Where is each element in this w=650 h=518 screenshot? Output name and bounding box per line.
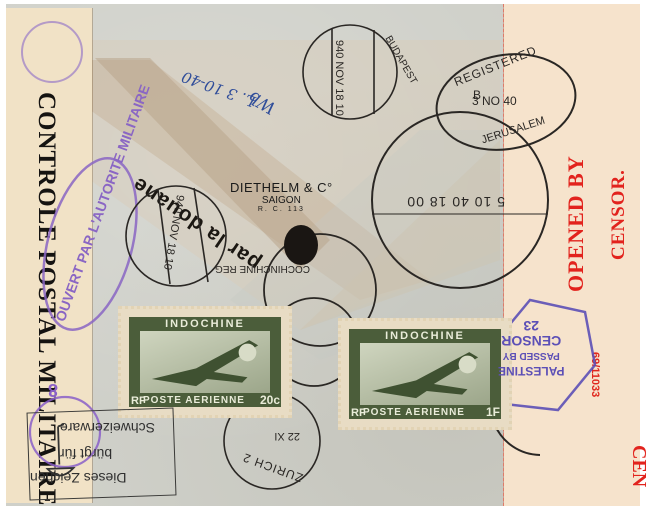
palestine-censor-text: PALESTINE PASSED BY CENSOR 23	[498, 318, 564, 378]
perforation-line	[503, 4, 504, 506]
violet-number: 8	[48, 379, 58, 400]
stamp-monogram: RF	[131, 395, 146, 407]
sender-cachet: DIETHELM & C° SAIGON R. C. 113	[230, 180, 333, 213]
sender-city: SAIGON	[230, 195, 333, 206]
stamp-value: 20c	[260, 393, 280, 407]
stamp-monogram: RF	[351, 407, 366, 419]
airplane-icon	[363, 345, 487, 405]
censor-lower-text: CEN	[627, 445, 650, 487]
sender-ref: R. C. 113	[230, 206, 333, 213]
sender-name: DIETHELM & C°	[230, 180, 333, 195]
swiss-line3: Dieses Zeichen	[30, 470, 127, 486]
stamp-indochine-1f: INDOCHINE POSTE AERIENNE RF 1F	[338, 318, 512, 430]
budapest-top-date: 940 NOV 18 10	[333, 40, 345, 116]
registered-date: 3 NO 40	[472, 94, 517, 108]
haiphong-date: 5 10 40 18 00	[406, 194, 505, 210]
stamp-country: INDOCHINE	[349, 330, 501, 342]
envelope-photo: CONTROLE POSTAL MILITAIRE OPENED BY CENS…	[0, 0, 650, 518]
opened-by-text: OPENED BY	[563, 155, 589, 292]
stamp-caption: POSTE AERIENNE	[363, 407, 485, 418]
cochinchine-text: COCHINCHINE REG	[215, 263, 310, 274]
zurich-date: 22 XI	[274, 430, 300, 442]
swiss-line2: bürgt für	[60, 446, 112, 462]
stamp-caption: POSTE AERIENNE	[143, 395, 265, 406]
censor-serial-number: 69/11033	[589, 352, 601, 397]
stamp-country: INDOCHINE	[129, 318, 281, 330]
swiss-line1: Schweizerware	[60, 420, 155, 436]
stamp-value: 1F	[486, 405, 500, 419]
airplane-icon	[143, 333, 267, 393]
stamp-indochine-20c: INDOCHINE POSTE AERIENNE RF 20c	[118, 306, 292, 418]
censor-text: CENSOR.	[608, 169, 630, 260]
